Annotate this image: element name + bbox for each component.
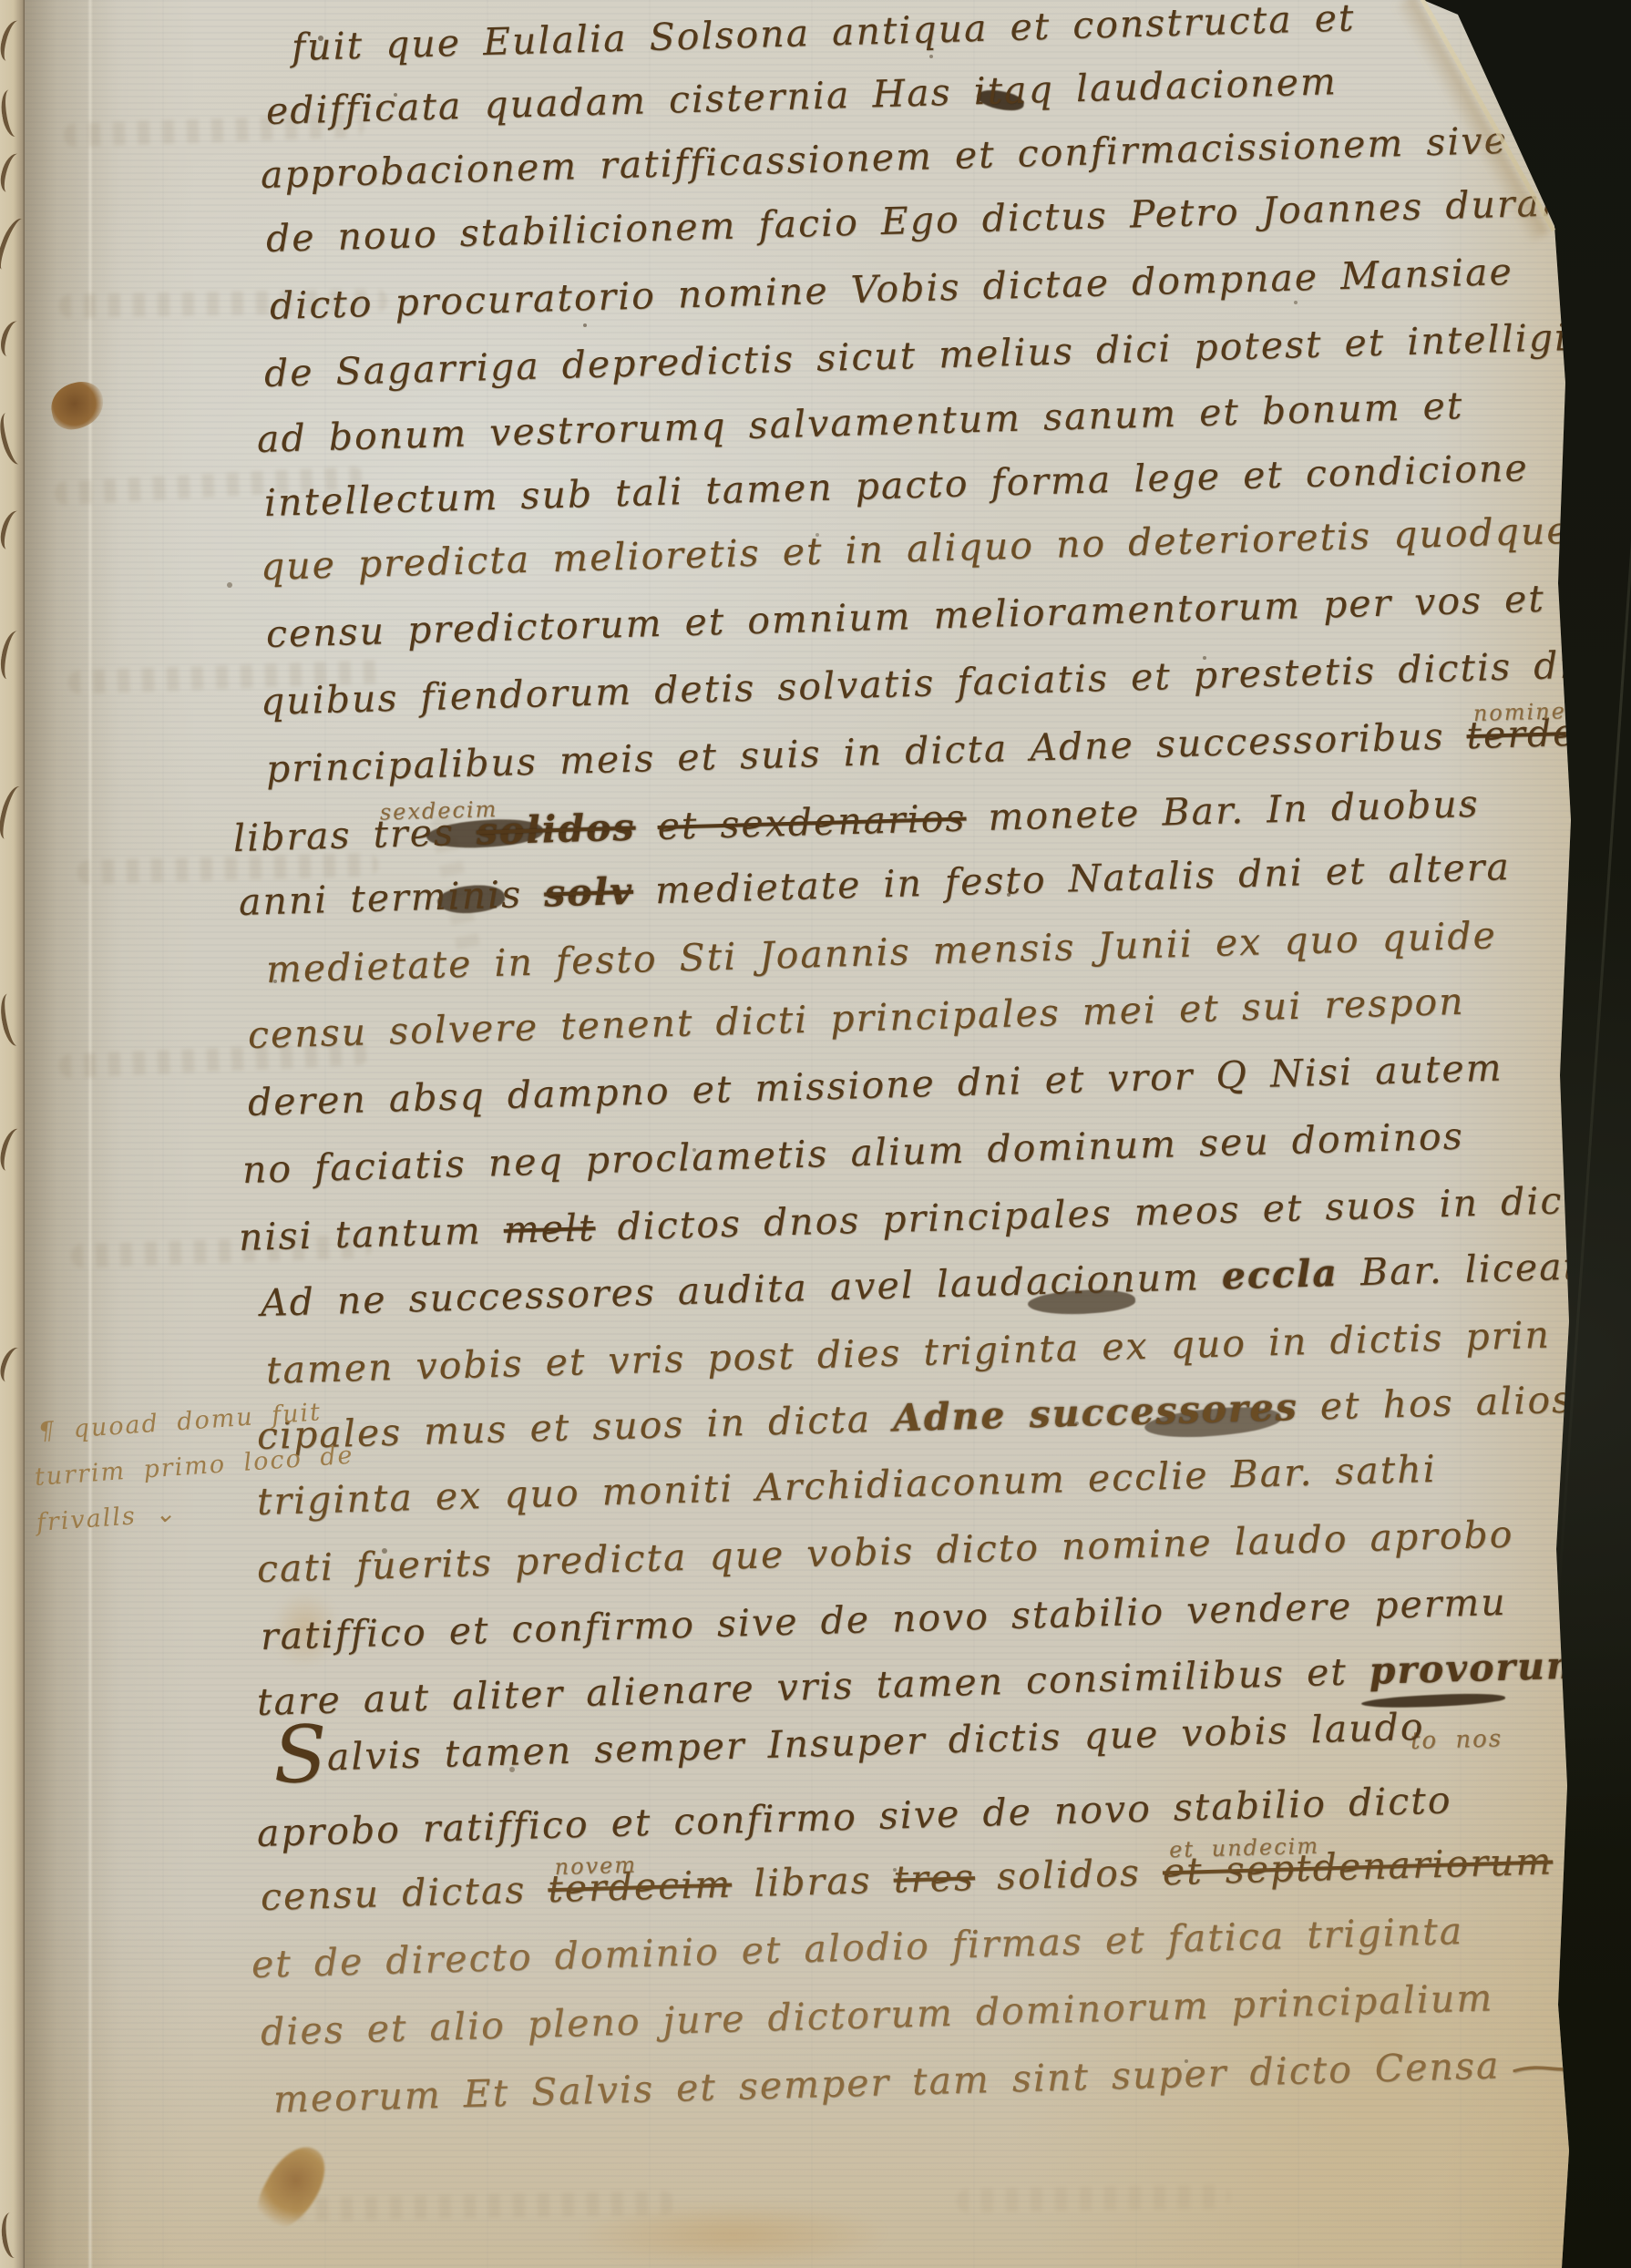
interlinear-insertion: sexdecim <box>379 800 380 826</box>
text-layer: fuit que Eulalia Solsona antiqua et cons… <box>0 0 1631 2268</box>
gutter-ink-fragment <box>0 1344 28 1385</box>
manuscript-text: quibus fiendorum detis solvatis faciatis… <box>260 641 1620 724</box>
manuscript-line: no faciatis neq proclametis alium dominu… <box>241 1114 1464 1192</box>
manuscript-text: Ad ne successores audita avel laudacionu… <box>260 1255 1222 1325</box>
interlinear-insertion: nomine <box>1472 701 1473 726</box>
gutter-ink-fragment <box>0 2212 26 2260</box>
manuscript-text: no faciatis neq proclametis alium dominu… <box>241 1114 1464 1192</box>
manuscript-text: eccla <box>1221 1251 1339 1298</box>
manuscript-line: edifficata quadam cisternia Has itaq lau… <box>265 59 1338 133</box>
decorated-initial: S <box>272 1709 329 1801</box>
manuscript-text <box>635 805 658 849</box>
manuscript-line: de nouo stabilicionem facio Ego dictus P… <box>265 180 1567 261</box>
manuscript-line: ratiffico et confirmo sive de novo stabi… <box>260 1580 1507 1658</box>
manuscript-text: meorum Et Salvis et semper tam sint supe… <box>272 2043 1501 2121</box>
manuscript-line: intellectum sub tali tamen pacto forma l… <box>263 446 1529 525</box>
manuscript-text: edifficata quadam cisternia Has itaq lau… <box>265 59 1338 133</box>
manuscript-text: libras <box>232 813 374 860</box>
manuscript-line: cati fuerits predicta que vobis dicto no… <box>256 1512 1514 1591</box>
manuscript-text: medietate in festo Natalis dni et altera <box>632 845 1511 913</box>
manuscript-line: medietate in festo Sti Joannis mensis Ju… <box>265 913 1497 991</box>
manuscript-line: censu dictas novemterdecim libras tres s… <box>260 1837 1621 1919</box>
struck-word: tres <box>893 1855 976 1901</box>
manuscript-line: fuit que Eulalia Solsona antiqua et cons… <box>291 0 1356 69</box>
manuscript-text: tamen vobis et vris post dies triginta e… <box>265 1313 1551 1392</box>
manuscript-text: solidos <box>974 1850 1163 1899</box>
gutter-ink-fragment <box>0 629 27 681</box>
manuscript-text: de nouo stabilicionem facio Ego dictus P… <box>265 180 1567 261</box>
gutter-ink-fragment <box>0 87 26 138</box>
manuscript-line: dicto procuratorio nomine Vobis dictae d… <box>269 250 1513 328</box>
manuscript-text: intellectum sub tali tamen pacto forma l… <box>263 446 1529 525</box>
gutter-ink-fragment <box>0 991 28 1048</box>
manuscript-line: principalibus meis et suis in dicta Adne… <box>265 709 1631 791</box>
manuscript-text: de Sagarriga depredictis sicut melius di… <box>263 315 1568 395</box>
manuscript-text: libras <box>731 1858 894 1906</box>
gutter-ink-fragment <box>0 151 27 195</box>
struck-word: solidos <box>476 806 636 854</box>
manuscript-line: meorum Et Salvis et semper tam sint supe… <box>272 2042 1557 2121</box>
manuscript-text: triginta ex quo moniti Archidiaconum ecc… <box>256 1447 1437 1524</box>
manuscript-line: censu solvere tenent dicti principales m… <box>247 980 1465 1057</box>
gutter-ink-fragment <box>0 18 27 64</box>
manuscript-line: cipales mus et suos in dicta Adne succes… <box>256 1378 1573 1458</box>
manuscript-text: censu solvere tenent dicti principales m… <box>247 980 1465 1057</box>
manuscript-text: Bar. liceat <box>1338 1245 1580 1295</box>
struck-word: melt <box>503 1206 596 1252</box>
manuscript-text: frivalls ⌄ <box>36 1499 178 1537</box>
manuscript-text: ratiffico et confirmo sive de novo stabi… <box>260 1580 1507 1658</box>
manuscript-line: approbacionem ratifficassionem et confir… <box>260 118 1508 197</box>
manuscript-line: tamen vobis et vris post dies triginta e… <box>265 1313 1551 1392</box>
previous-page-edge <box>0 0 25 2268</box>
manuscript-line: de Sagarriga depredictis sicut melius di… <box>263 315 1568 395</box>
struck-word: solv <box>544 869 634 916</box>
manuscript-text: anni terminis <box>238 872 545 924</box>
manuscript-line: censu predictorum et omnium melioramento… <box>265 573 1631 656</box>
manuscript-text: censu dictas <box>260 1867 549 1919</box>
manuscript-line: dies et alio pleno jure dictorum dominor… <box>260 1976 1493 2054</box>
margin-note-line: frivalls ⌄ <box>36 1499 178 1537</box>
interlinear-insertion: novem <box>554 1854 555 1880</box>
manuscript-line: anni terminis solv medietate in festo Na… <box>238 845 1511 924</box>
manuscript-text: censu predictorum et omnium melioramento… <box>265 573 1631 656</box>
gutter-ink-fragment <box>0 319 26 359</box>
manuscript-text: monete Bar. In duobus <box>966 782 1481 840</box>
manuscript-line: libras sexdecimtres solidos et sexdenari… <box>232 782 1480 860</box>
interlinear-insertion: et undecim <box>1169 1837 1170 1863</box>
manuscript-text: dies et alio pleno jure dictorum dominor… <box>260 1976 1493 2054</box>
manuscript-text: Adne successores <box>892 1385 1298 1440</box>
manuscript-text: dictos dnos principales meos et suos in … <box>595 1177 1605 1249</box>
manuscript-line: quibus fiendorum detis solvatis faciatis… <box>260 641 1620 724</box>
manuscript-line: ad bonum vestrorumq salvamentum sanum et… <box>256 384 1464 461</box>
manuscript-text: approbacionem ratifficassionem et confir… <box>260 118 1508 197</box>
gutter-ink-fragment <box>0 508 27 552</box>
manuscript-text: fuit que Eulalia Solsona antiqua et cons… <box>291 0 1356 69</box>
manuscript-text: principalibus meis et suis in dicta Adne… <box>265 713 1467 791</box>
manuscript-line: nisi tantum melt dictos dnos principales… <box>238 1177 1605 1259</box>
manuscript-text: nisi tantum <box>238 1208 504 1259</box>
manuscript-page: fuit que Eulalia Solsona antiqua et cons… <box>0 0 1631 2268</box>
manuscript-line: Ad ne successores audita avel laudacionu… <box>260 1245 1580 1325</box>
manuscript-text: et de directo dominio et alodio firmas e… <box>251 1909 1463 1986</box>
manuscript-line: triginta ex quo moniti Archidiaconum ecc… <box>256 1447 1437 1524</box>
manuscript-text: medietate in festo Sti Joannis mensis Ju… <box>265 913 1497 991</box>
manuscript-text: ad bonum vestrorumq salvamentum sanum et… <box>256 384 1464 461</box>
manuscript-text: provorum <box>1369 1643 1588 1693</box>
manuscript-text: et hos alios <box>1298 1378 1574 1429</box>
manuscript-scan: { "colors": { "ink_dark": "#53391a", "in… <box>0 0 1631 2268</box>
manuscript-text: cati fuerits predicta que vobis dicto no… <box>256 1512 1514 1591</box>
manuscript-text: deren absq dampno et missione dni et vro… <box>247 1046 1503 1124</box>
manuscript-line: et de directo dominio et alodio firmas e… <box>251 1909 1463 1986</box>
gutter-ink-fragment <box>0 1126 27 1174</box>
manuscript-text: dicto procuratorio nomine Vobis dictae d… <box>269 250 1513 328</box>
manuscript-line: deren absq dampno et missione dni et vro… <box>247 1046 1503 1124</box>
struck-word: et sexdenarios <box>657 796 967 848</box>
